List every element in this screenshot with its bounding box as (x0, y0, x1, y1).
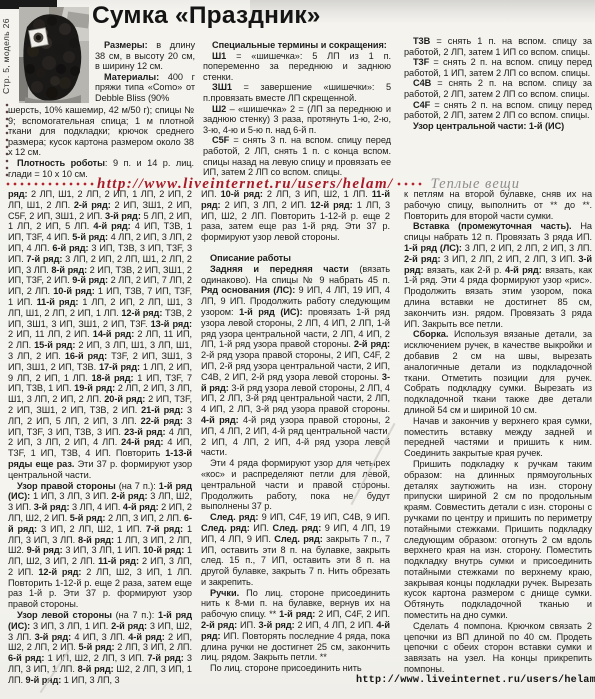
paragraph: Узор центральной части: 1-й (ИС) (404, 121, 592, 132)
paragraph: Сборка. Используя вязаные детали, за иск… (404, 329, 592, 415)
paragraph: Сделать 4 помпона. Крючком связать 2 цеп… (404, 621, 592, 675)
dotted-line-right (397, 182, 423, 186)
paragraph: С4F = снять 2 п. на вспом. спицу перед р… (404, 100, 592, 121)
dotted-line-left (6, 182, 94, 186)
paragraph: к петлям на второй булавке, сняв их на р… (404, 189, 592, 221)
paragraph: След. ряд: 9 ИП, С4F, 19 ИП, С4В, 9 ИП. … (201, 512, 390, 588)
paragraph: Размеры: в длину 38 см, в высоту 20 см, … (95, 40, 195, 72)
body-column-2: ИП. 10-й ряд: 2 ЛП, 3 ИП, Ш2, 1 ЛП. 11-й… (201, 189, 390, 697)
paragraph: Т3F = снять 2 п. на вспом. спицу перед р… (404, 57, 592, 78)
header-intro-continued: шерсть, 10% кашемир, 42 м/50 г); спицы №… (8, 105, 194, 179)
paragraph: ряд: 2 ЛП, Ш1, 2 ЛП, 2 ИП, 1 ЛП, 2 ИП, 2… (8, 189, 192, 481)
paragraph: Узор правой стороны (на 7 п.): 1-й ряд (… (8, 481, 192, 611)
body-column-3: к петлям на второй булавке, сняв их на р… (404, 189, 592, 697)
paragraph: Ручки. По лиц. стороне присоединить нить… (201, 588, 390, 664)
article-title: Сумка «Праздник» (92, 2, 372, 30)
paragraph: Вставка (промежуточная часть). На спицы … (404, 221, 592, 329)
bag-photo (19, 7, 89, 103)
paragraph: ЗШ1 = завершение «шишечки»: 5 п.провязат… (203, 82, 391, 103)
page-reference-caption: Стр. 5, модель 26 (1, 6, 16, 106)
magazine-page: Стр. 5, модель 26 (0, 0, 595, 699)
paragraph: шерсть, 10% кашемир, 42 м/50 г); спицы №… (8, 105, 194, 158)
paragraph: Узор левой стороны (на 7 п.): 1-й ряд (И… (8, 610, 192, 686)
paragraph: Специальные термины и сокращения: (203, 40, 391, 51)
paragraph: Материалы: 400 г пряжи типа «Como» от De… (95, 72, 195, 104)
paragraph: Т3В = снять 1 п. на вспом. спицу за рабо… (404, 36, 592, 57)
paragraph: Ш2 – «шишечка» 2 = (ЛП за переднюю и зад… (203, 104, 391, 136)
paragraph: С4В = снять 2 п. на вспом. спицу за рабо… (404, 78, 592, 99)
header-abbreviations-column: Т3В = снять 1 п. на вспом. спицу за рабо… (404, 36, 592, 131)
paragraph: Задняя и передняя части (вязать одинаков… (201, 264, 390, 458)
header-intro-column: Размеры: в длину 38 см, в высоту 20 см, … (95, 40, 195, 104)
body-column-1: ряд: 2 ЛП, Ш1, 2 ЛП, 2 ИП, 1 ЛП, 2 ИП, 2… (8, 189, 192, 697)
paragraph: Пришить подкладку к ручкам таким образом… (404, 459, 592, 621)
vertical-dotted-border (5, 103, 9, 177)
bag-photo-image (19, 7, 89, 103)
header-terms-column: Специальные термины и сокращения:Ш1 = «ш… (203, 40, 391, 178)
paragraph: ИП. 10-й ряд: 2 ЛП, 3 ИП, Ш2, 1 ЛП. 11-й… (201, 189, 390, 243)
paragraph: По лиц. стороне присоединить нить (201, 663, 390, 674)
paragraph: Описание работы (201, 253, 390, 264)
paragraph: Начав и закончив у верхнего края сумки, … (404, 416, 592, 459)
watermark-url-bottom: http://www.liveinternet.ru/users/helam/ (356, 675, 595, 686)
paragraph: Ш1 = «шишечка»: 5 ЛП из 1 п. попеременно… (203, 51, 391, 83)
